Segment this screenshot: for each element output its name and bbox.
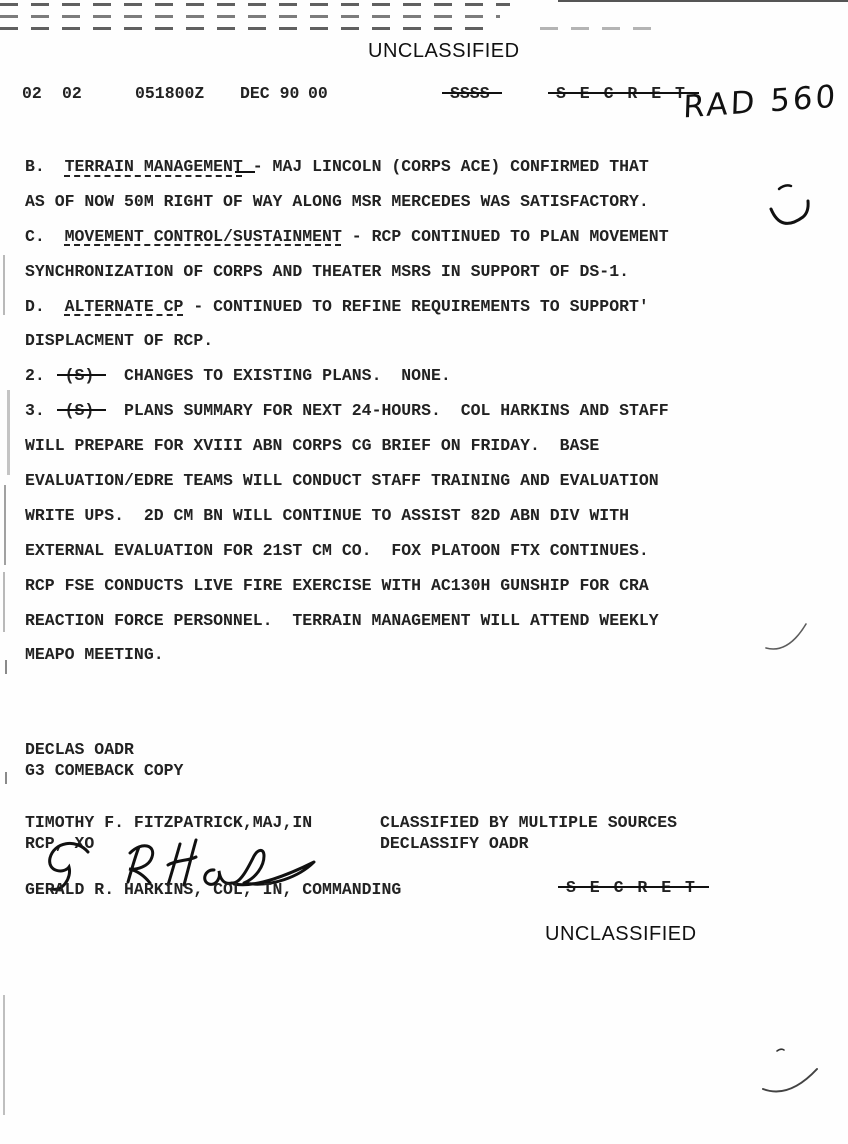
line-text: - MAJ LINCOLN (CORPS ACE) CONFIRMED THAT [243, 157, 649, 176]
body-line: AS OF NOW 50M RIGHT OF WAY ALONG MSR MER… [25, 185, 725, 220]
body-line: MEAPO MEETING. [25, 638, 725, 673]
underlined-heading: ALTERNATE CP [65, 297, 184, 316]
scan-noise-band [0, 15, 500, 18]
body-line: EVALUATION/EDRE TEAMS WILL CONDUCT STAFF… [25, 464, 725, 499]
body-line: EXTERNAL EVALUATION FOR 21ST CM CO. FOX … [25, 534, 725, 569]
handwritten-margin-mark [755, 1045, 830, 1105]
handwritten-margin-mark [765, 175, 825, 245]
body-line: REACTION FORCE PERSONNEL. TERRAIN MANAGE… [25, 604, 725, 639]
header-col2: 02 [62, 84, 82, 103]
line-text: B. [25, 157, 65, 176]
signer1-name: TIMOTHY F. FITZPATRICK,MAJ,IN [25, 813, 312, 832]
scan-noise-band [540, 27, 660, 30]
line-text: MEAPO MEETING. [25, 645, 164, 664]
body-line: RCP FSE CONDUCTS LIVE FIRE EXERCISE WITH… [25, 569, 725, 604]
body-line: C. MOVEMENT CONTROL/SUSTAINMENT - RCP CO… [25, 220, 725, 255]
underlined-heading: TERRAIN MANAGEMENT [65, 157, 243, 176]
body-line: DISPLACMENT OF RCP. [25, 324, 725, 359]
scan-noise-line [558, 0, 848, 2]
scan-edge-mark [3, 255, 5, 315]
line-text: RCP FSE CONDUCTS LIVE FIRE EXERCISE WITH… [25, 576, 649, 595]
line-text: DISPLACMENT OF RCP. [25, 331, 213, 350]
scan-edge-mark [3, 995, 5, 1115]
line-text: CHANGES TO EXISTING PLANS. NONE. [94, 366, 450, 385]
scan-noise-band [0, 3, 510, 6]
line-text: EVALUATION/EDRE TEAMS WILL CONDUCT STAFF… [25, 471, 659, 490]
header-date: DEC 90 [240, 84, 299, 103]
body-line: 3. (S) PLANS SUMMARY FOR NEXT 24-HOURS. … [25, 394, 725, 429]
scan-noise-band [0, 27, 485, 30]
comeback-copy-line: G3 COMEBACK COPY [25, 761, 183, 780]
line-text: - RCP CONTINUED TO PLAN MOVEMENT [342, 227, 669, 246]
declas-line: DECLAS OADR [25, 740, 134, 759]
scan-edge-mark [7, 390, 10, 475]
scan-edge-mark [4, 485, 6, 565]
line-text: - CONTINUED TO REFINE REQUIREMENTS TO SU… [183, 297, 648, 316]
classification-stamp-top: UNCLASSIFIED [368, 40, 520, 63]
scan-edge-mark [5, 772, 7, 784]
underlined-heading: MOVEMENT CONTROL/SUSTAINMENT [65, 227, 342, 246]
scan-edge-mark [3, 572, 5, 632]
body-line: 2. (S) CHANGES TO EXISTING PLANS. NONE. [25, 359, 725, 394]
body-line: D. ALTERNATE CP - CONTINUED TO REFINE RE… [25, 290, 725, 325]
line-text: D. [25, 297, 65, 316]
header-dtg: 051800Z [135, 84, 204, 103]
struck-code: SSSS [450, 84, 490, 103]
body-line: WILL PREPARE FOR XVIII ABN CORPS CG BRIE… [25, 429, 725, 464]
line-text: SYNCHRONIZATION OF CORPS AND THEATER MSR… [25, 262, 629, 281]
line-text: WRITE UPS. 2D CM BN WILL CONTINUE TO ASS… [25, 506, 629, 525]
scanned-document-page: UNCLASSIFIED 02 02 051800Z DEC 90 00 SSS… [0, 0, 848, 1144]
handwritten-margin-mark [762, 608, 822, 663]
line-text: AS OF NOW 50M RIGHT OF WAY ALONG MSR MER… [25, 192, 649, 211]
header-col1: 02 [22, 84, 42, 103]
line-text: EXTERNAL EVALUATION FOR 21ST CM CO. FOX … [25, 541, 649, 560]
struck-classification-top: S E C R E T [556, 84, 687, 103]
line-text: REACTION FORCE PERSONNEL. TERRAIN MANAGE… [25, 611, 659, 630]
signer2-line: GERALD R. HARKINS, COL, IN, COMMANDING [25, 880, 401, 899]
body-line: SYNCHRONIZATION OF CORPS AND THEATER MSR… [25, 255, 725, 290]
struck-classification-marker: (S) [65, 394, 95, 429]
body-line: B. TERRAIN MANAGEMENT - MAJ LINCOLN (COR… [25, 150, 725, 185]
body-line: WRITE UPS. 2D CM BN WILL CONTINUE TO ASS… [25, 499, 725, 534]
declassify-line: DECLASSIFY OADR [380, 834, 529, 853]
classified-by-line: CLASSIFIED BY MULTIPLE SOURCES [380, 813, 677, 832]
struck-classification-marker: (S) [65, 359, 95, 394]
line-text: WILL PREPARE FOR XVIII ABN CORPS CG BRIE… [25, 436, 599, 455]
line-text: PLANS SUMMARY FOR NEXT 24-HOURS. COL HAR… [94, 401, 668, 420]
line-text: C. [25, 227, 65, 246]
header-num: 00 [308, 84, 328, 103]
memo-body: B. TERRAIN MANAGEMENT - MAJ LINCOLN (COR… [25, 150, 725, 673]
struck-classification-bottom: S E C R E T [566, 878, 697, 897]
handwritten-annotation: RAD 560 [683, 78, 839, 125]
scan-edge-mark [5, 660, 7, 674]
classification-stamp-bottom: UNCLASSIFIED [545, 923, 697, 946]
